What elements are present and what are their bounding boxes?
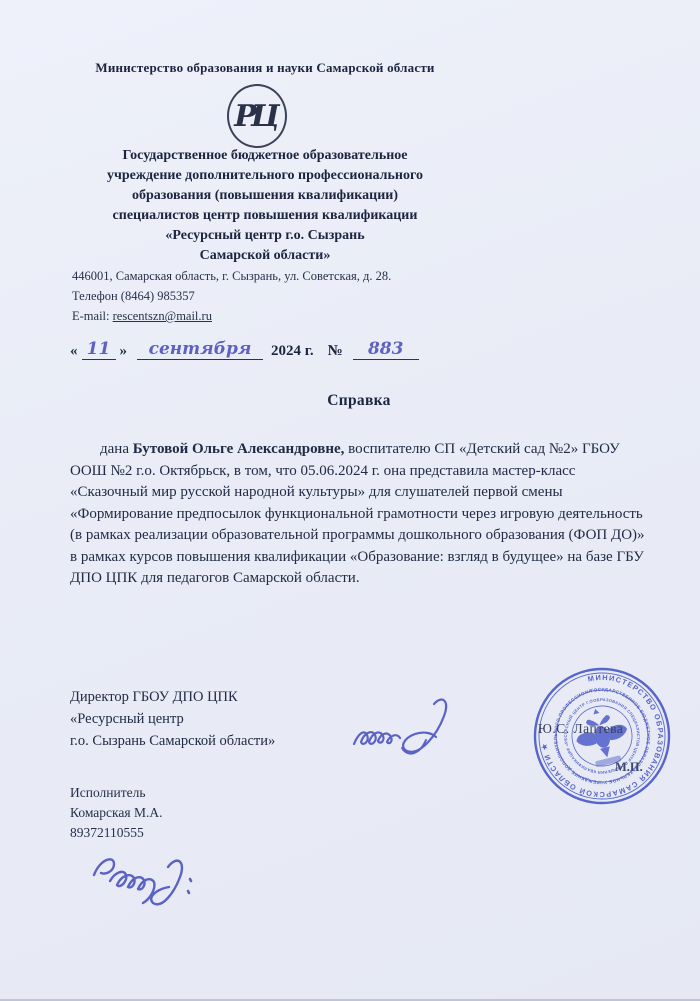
institution-name: Государственное бюджетное образовательно… bbox=[50, 146, 480, 266]
address-line: 446001, Самарская область, г. Сызрань, у… bbox=[72, 266, 452, 286]
recipient-name: Бутовой Ольге Александровне, bbox=[133, 441, 345, 457]
body-text: воспитателю СП «Детский сад №2» ГБОУ ООШ… bbox=[70, 441, 645, 586]
certificate-body: дана Бутовой Ольге Александровне, воспит… bbox=[70, 439, 650, 590]
phone-line: Телефон (8464) 985357 bbox=[72, 286, 452, 306]
director-printed-name: Ю.С. Лаптева bbox=[538, 721, 623, 737]
email-address: rescentszn@mail.ru bbox=[113, 309, 212, 323]
date-number-line: « 11 » сентября 2024 г. № 883 bbox=[70, 328, 530, 360]
handwritten-number: 883 bbox=[368, 339, 404, 359]
handwritten-day: 11 bbox=[87, 339, 111, 359]
logo-monogram: РЦ bbox=[234, 99, 274, 134]
contact-block: 446001, Самарская область, г. Сызрань, у… bbox=[72, 266, 452, 326]
email-line: E-mail: rescentszn@mail.ru bbox=[72, 306, 452, 326]
ministry-header: Министерство образования и науки Самарск… bbox=[55, 60, 475, 76]
year-label: 2024 г. bbox=[271, 343, 314, 360]
resource-center-logo: РЦ bbox=[227, 84, 287, 148]
number-sign: № bbox=[328, 343, 343, 360]
handwritten-month: сентября bbox=[149, 339, 252, 359]
seal-place-mark: М.П. bbox=[615, 760, 643, 775]
document-title: Справка bbox=[70, 392, 648, 410]
director-title-block: Директор ГБОУ ДПО ЦПК «Ресурсный центр г… bbox=[70, 686, 370, 752]
handwritten-number-field: 883 bbox=[353, 339, 419, 360]
email-label: E-mail: bbox=[72, 309, 113, 323]
scanned-certificate-page: Министерство образования и науки Самарск… bbox=[0, 0, 700, 1001]
open-quote: « bbox=[70, 343, 78, 360]
executor-block: Исполнитель Комарская М.А. 89372110555 bbox=[70, 783, 330, 843]
close-quote: » bbox=[120, 343, 128, 360]
director-signature bbox=[348, 692, 463, 764]
handwritten-day-field: 11 bbox=[82, 339, 116, 360]
executor-signature bbox=[80, 845, 230, 925]
body-lead: дана bbox=[100, 441, 133, 457]
handwritten-month-field: сентября bbox=[137, 339, 263, 360]
